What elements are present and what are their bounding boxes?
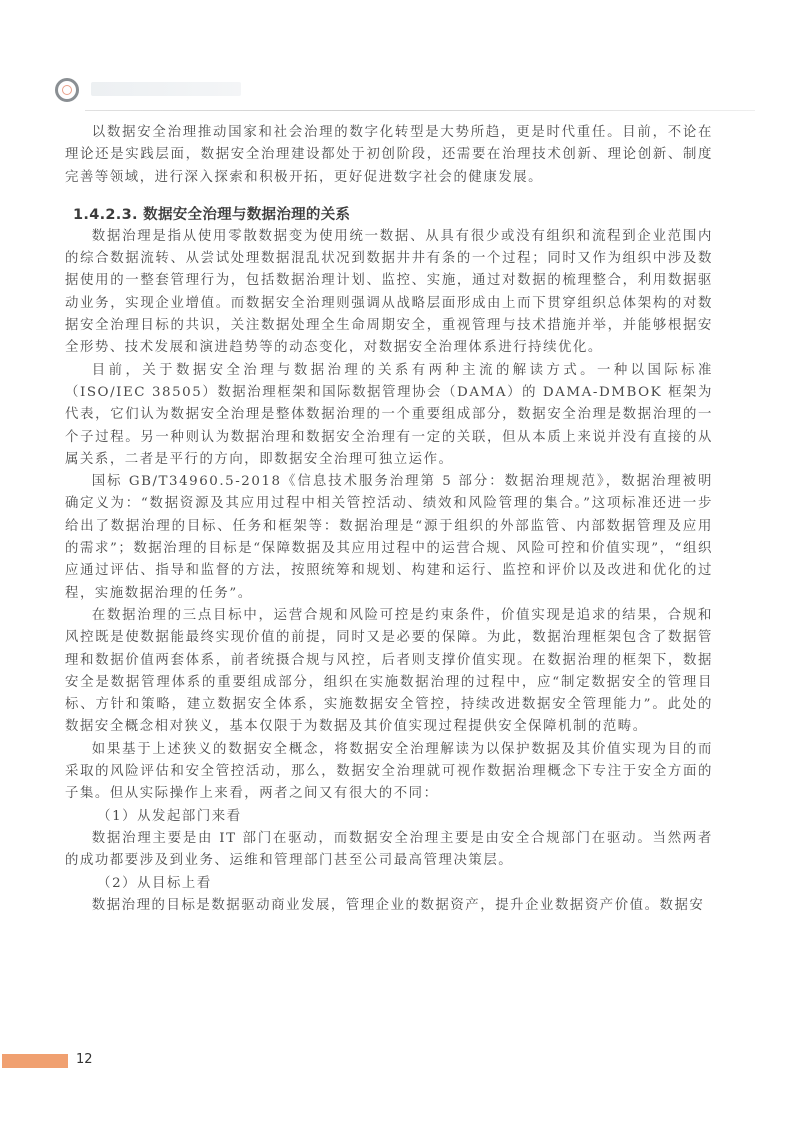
body-paragraph: 如果基于上述狭义的数据安全概念，将数据安全治理解读为以保护数据及其价值实现为目的… [65, 739, 713, 806]
circular-emblem-icon [55, 78, 79, 102]
intro-paragraph: 以数据安全治理推动国家和社会治理的数字化转型是大势所趋，更是时代重任。目前，不论… [65, 122, 713, 189]
subheading-1: （1）从发起部门来看 [65, 806, 713, 828]
subsection-2-text: 数据治理的目标是数据驱动商业发展，管理企业的数据资产，提升企业数据资产价值。数据… [65, 895, 713, 917]
subsection-1-text: 数据治理主要是由 IT 部门在驱动，而数据安全治理主要是由安全合规部门在驱动。当… [65, 828, 713, 873]
header-title-faded [91, 82, 241, 96]
body-paragraph: 国标 GB/T34960.5-2018《信息技术服务治理第 5 部分：数据治理规… [65, 471, 713, 605]
body-paragraph: 目前，关于数据安全治理与数据治理的关系有两种主流的解读方式。一种以国际标准（IS… [65, 360, 713, 471]
page-body: 以数据安全治理推动国家和社会治理的数字化转型是大势所趋，更是时代重任。目前，不论… [65, 122, 713, 917]
section-heading: 1.4.2.3. 数据安全治理与数据治理的关系 [73, 204, 713, 226]
header-divider [85, 110, 755, 111]
subheading-2: （2）从目标上看 [65, 873, 713, 895]
running-header [55, 78, 755, 112]
footer-accent-bar [2, 1054, 68, 1068]
body-paragraph: 数据治理是指从使用零散数据变为使用统一数据、从具有很少或没有组织和流程到企业范围… [65, 226, 713, 360]
body-paragraph: 在数据治理的三点目标中，运营合规和风险可控是约束条件，价值实现是追求的结果，合规… [65, 605, 713, 739]
page-number: 12 [76, 1052, 93, 1067]
